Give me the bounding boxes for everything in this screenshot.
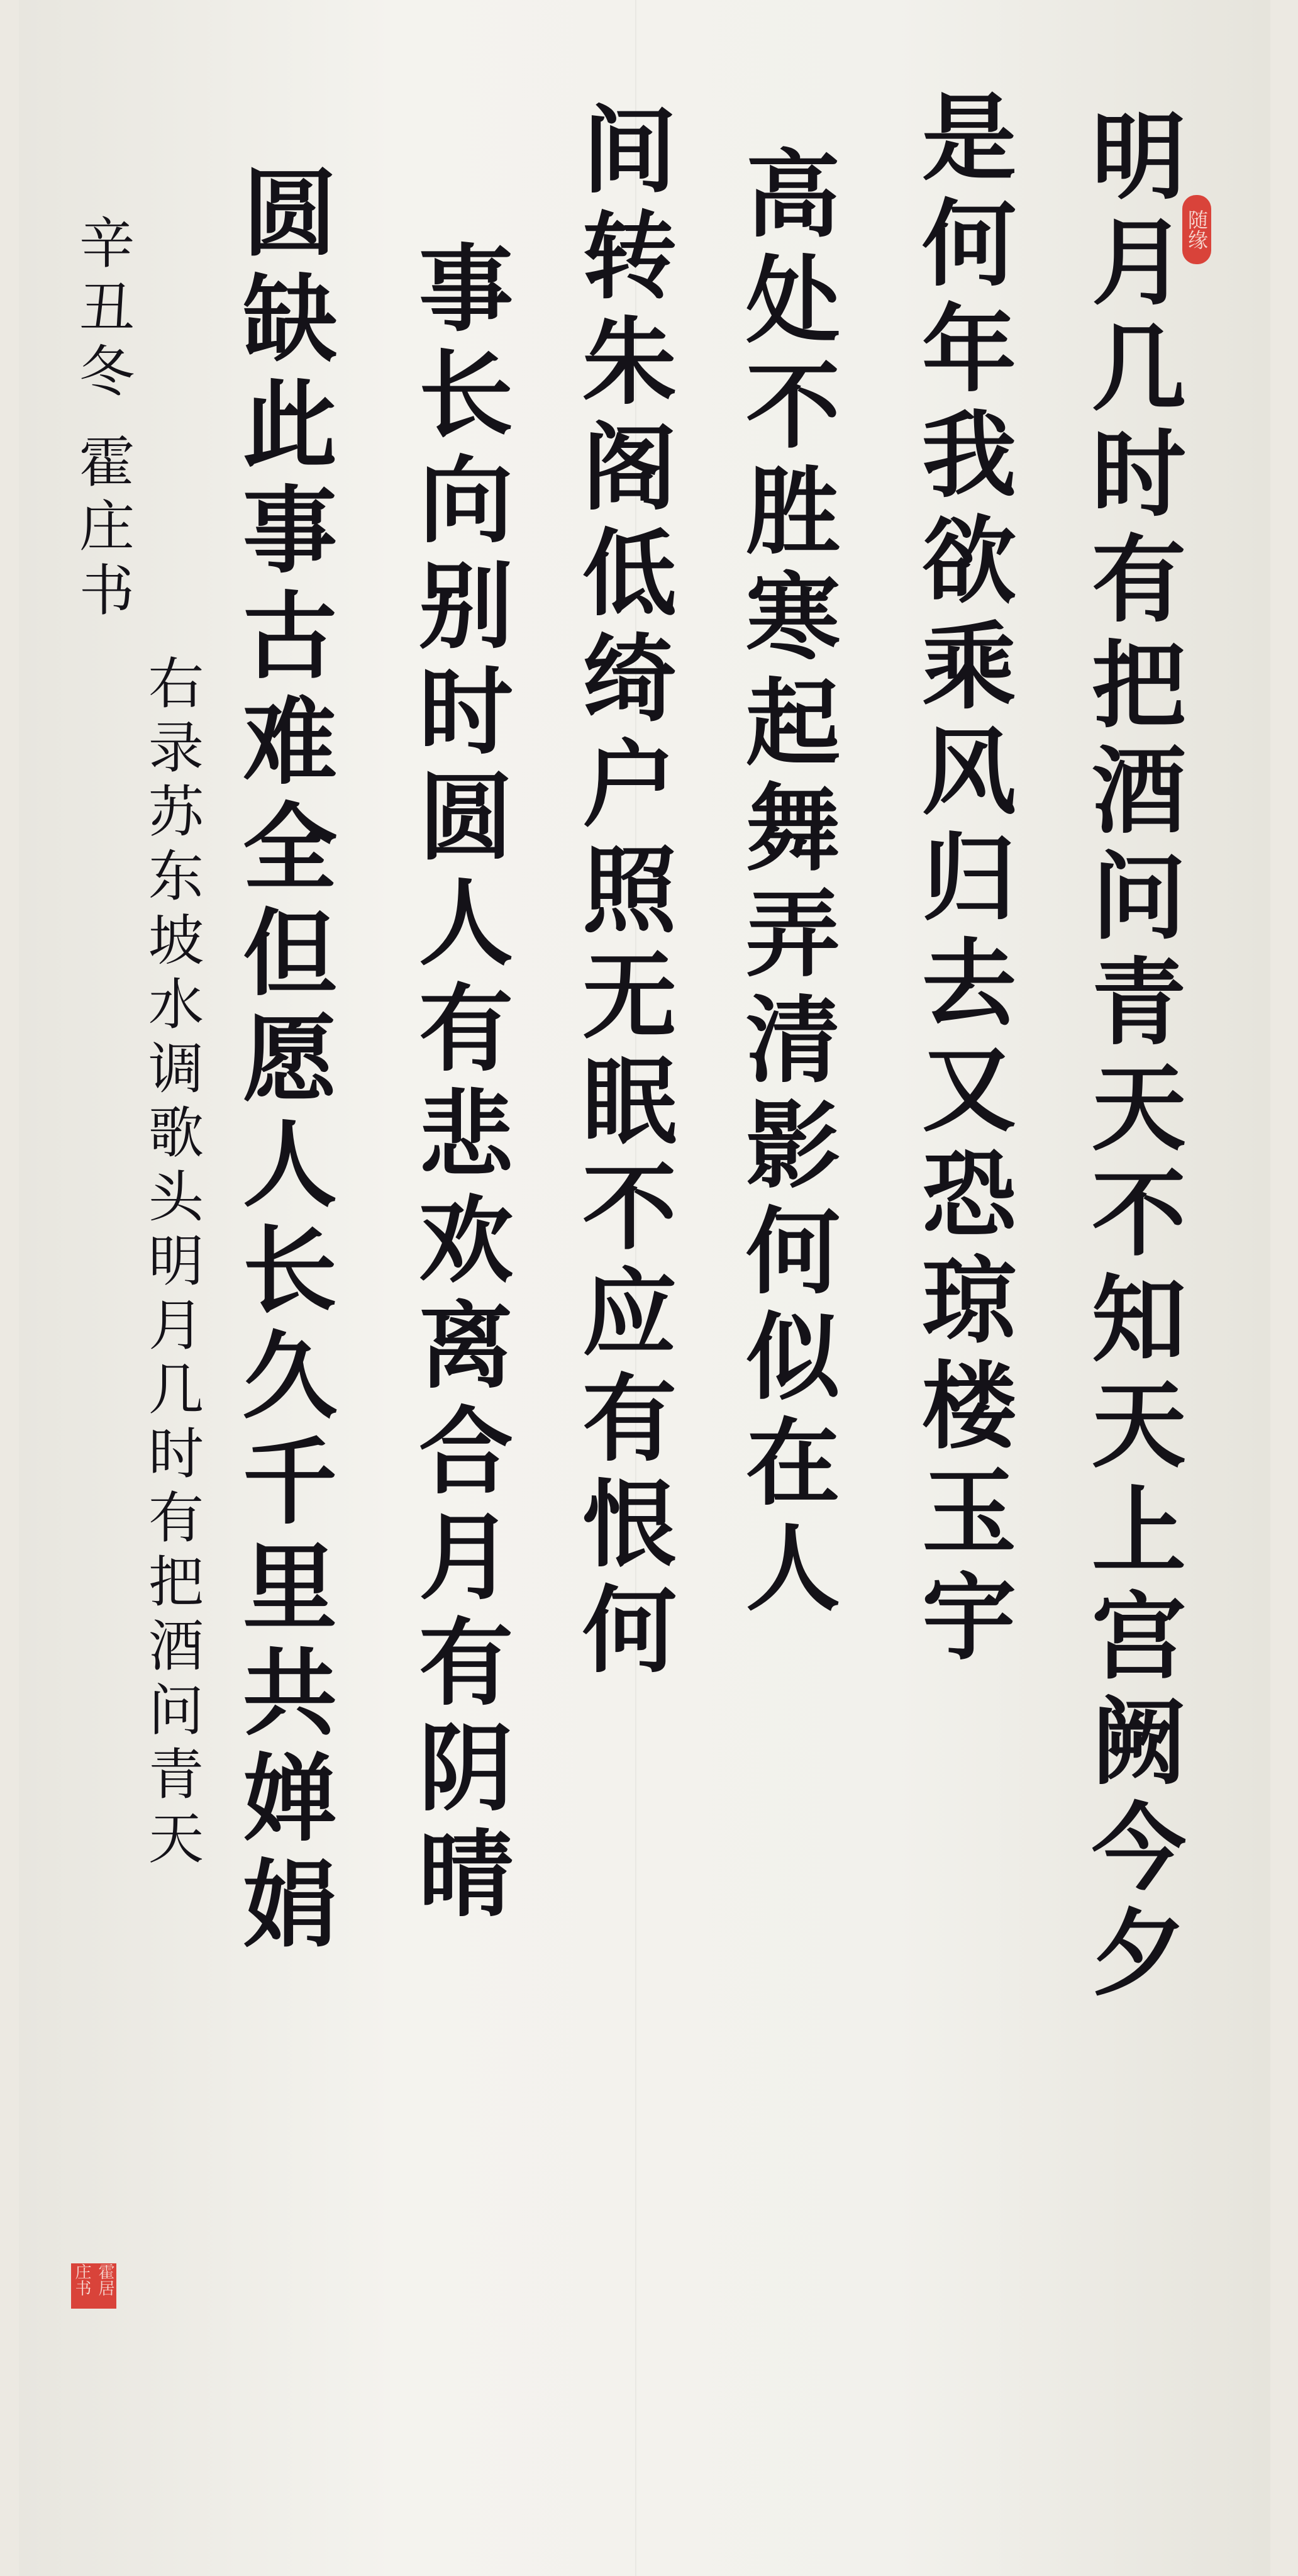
seal-bottom-left: 霍居 庄书 — [71, 2263, 116, 2309]
column-6: 圆缺此事古难全但愿人长久千里共婵娟 — [214, 164, 350, 1960]
inscription-2: 辛丑冬 霍庄书 — [63, 214, 142, 625]
column-3: 高处不胜寒起舞弄清影何似在人 — [717, 145, 853, 1624]
column-4: 间转朱阁低绮户照无眠不应有恨何 — [553, 101, 689, 1686]
inscription-1: 右录苏东坡水调歌头明月几时有把酒问青天 — [132, 654, 211, 1873]
column-1: 明月几时有把酒问青天不知天上宫阙今夕 — [1063, 107, 1199, 2009]
column-2: 是何年我欲乘风归去又恐琼楼玉宇 — [893, 88, 1029, 1673]
column-5: 事长向别时圆人有悲欢离合月有阴晴 — [390, 239, 526, 1930]
seal-top-right: 随缘 — [1182, 195, 1211, 264]
